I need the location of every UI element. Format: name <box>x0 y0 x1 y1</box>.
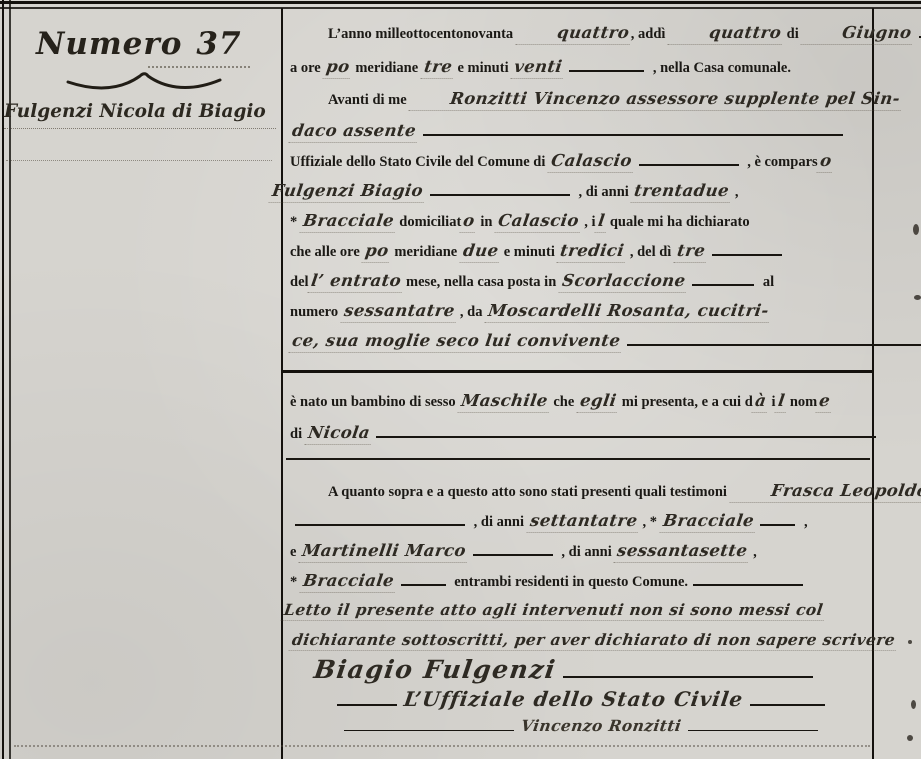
printed-text: e minuti <box>454 60 512 76</box>
act-line-witness-1: A quanto sopra e a questo atto sono stat… <box>290 482 872 503</box>
inked-line <box>760 513 795 526</box>
printed-text: , * <box>639 514 661 530</box>
handwritten-text: l <box>594 212 608 233</box>
handwritten-text: Letto il presente atto agli intervenuti … <box>281 601 827 621</box>
inked-line <box>627 333 921 346</box>
handwritten-text: daco assente <box>289 122 420 143</box>
handwritten-text: Scorlaccione <box>558 272 688 293</box>
printed-text: , da <box>456 304 486 320</box>
inked-line <box>337 691 397 706</box>
act-line-witness-1-cont: , di anni settantatre , * Bracciale , <box>290 512 872 533</box>
printed-text: , <box>731 184 738 200</box>
inked-line <box>563 660 813 678</box>
act-line-birth-time: che alle ore po meridiane due e minuti t… <box>290 242 872 263</box>
inked-line <box>639 153 739 166</box>
handwritten-text: l’ entrato <box>307 272 404 293</box>
act-line-official-cont: daco assente <box>290 122 872 143</box>
document-scan: Numero37 Fulgenzi Nicola di Biagio L’ann… <box>0 0 921 759</box>
act-line-comune: Uffiziale dello Stato Civile del Comune … <box>290 152 872 173</box>
printed-text: nom <box>786 394 817 410</box>
act-line-closing-1: Letto il presente atto agli intervenuti … <box>290 601 872 621</box>
act-line-birth-place: dell’ entrato mese, nella casa posta in … <box>290 272 872 293</box>
handwritten-text: l <box>774 392 788 413</box>
handwritten-text: settantatre <box>526 512 640 533</box>
handwritten-text: tre <box>673 242 708 263</box>
printed-text: mi presenta, e a cui d <box>618 394 753 410</box>
handwritten-text: Martinelli Marco <box>299 542 470 563</box>
handwritten-text: o <box>460 212 478 233</box>
scan-smudge <box>908 640 912 644</box>
handwritten-text: tre <box>420 58 455 79</box>
act-line-witness-2-cont: * Bracciale entrambi residenti in questo… <box>290 572 872 593</box>
margin-column-divider <box>281 8 283 759</box>
inked-line <box>692 273 754 286</box>
printed-text: Uffiziale dello Stato Civile del Comune … <box>290 154 549 170</box>
inked-line <box>750 691 825 706</box>
handwritten-text: sessantasette <box>614 542 751 563</box>
printed-text: , <box>800 514 807 530</box>
act-line-child-name: di Nicola <box>290 424 872 445</box>
handwritten-text: Frasca Leopoldo <box>729 482 921 503</box>
signature-official: Vincenzo Ronzitti <box>290 717 872 736</box>
inked-line <box>430 183 570 196</box>
printed-text: entrambi residenti in questo Comune. <box>451 574 688 590</box>
handwritten-text: po <box>362 242 392 263</box>
inked-line <box>473 543 553 556</box>
printed-text: e minuti <box>500 244 558 260</box>
printed-text: del <box>290 274 309 290</box>
handwritten-text: Calascio <box>547 152 635 173</box>
act-line-profession: * Bracciale domiciliato in Calascio , il… <box>290 212 872 233</box>
printed-text: A quanto sopra e a questo atto sono stat… <box>328 484 731 500</box>
inked-line <box>401 573 446 586</box>
printed-text: a ore <box>290 60 324 76</box>
act-line-child-sex: è nato un bambino di sesso Maschile che … <box>290 392 872 413</box>
printed-text: , del dì <box>626 244 675 260</box>
blank-ruled-line <box>286 458 870 460</box>
handwritten-text: quattro <box>515 24 632 45</box>
printed-text: di <box>783 26 802 42</box>
handwritten-text: Giugno <box>801 24 915 45</box>
handwritten-text: dichiarante sottoscritti, per aver dichi… <box>289 631 899 651</box>
act-line-year-date: L’anno milleottocentonovanta quattro, ad… <box>290 24 872 45</box>
inked-line <box>712 243 782 256</box>
printed-text: , è compars <box>744 154 818 170</box>
printed-text: al <box>759 274 774 290</box>
handwritten-text: à <box>751 392 769 413</box>
handwritten-text: Biagio Fulgenzi <box>310 656 560 686</box>
inked-line <box>376 425 876 438</box>
printed-text: che alle ore <box>290 244 363 260</box>
official-title-line: L’Uffiziale dello Stato Civile <box>290 688 872 712</box>
printed-text: meridiane <box>352 60 422 76</box>
act-line-hour-minutes: a ore po meridiane tre e minuti venti , … <box>290 58 872 79</box>
handwritten-text: quattro <box>668 24 785 45</box>
signature-declarant: Biagio Fulgenzi <box>290 656 894 686</box>
act-line-official-name: Avanti di me Ronzitti Vincenzo assessore… <box>290 90 872 111</box>
act-line-closing-2: dichiarante sottoscritti, per aver dichi… <box>290 631 872 651</box>
printed-text: , di anni <box>470 514 528 530</box>
printed-text: , di anni <box>558 544 616 560</box>
bottom-dotted-line <box>14 745 870 747</box>
handwritten-text: Bracciale <box>659 512 757 533</box>
printed-text: di <box>290 426 306 442</box>
printed-text: che <box>550 394 578 410</box>
handwritten-text: Calascio <box>495 212 583 233</box>
printed-text: , nella Casa comunale. <box>649 60 791 76</box>
printed-text: in <box>477 214 496 230</box>
printed-text: meridiane <box>391 244 461 260</box>
page-top-border <box>0 1 921 4</box>
margin-number-value: 37 <box>196 26 241 62</box>
handwritten-text: trentadue <box>631 182 733 203</box>
act-line-witness-2: e Martinelli Marco , di anni sessantaset… <box>290 542 872 563</box>
margin-registered-name: Fulgenzi Nicola di Biagio <box>4 101 276 129</box>
handwritten-text: Moscardelli Rosanta, cucitri- <box>485 302 772 323</box>
handwritten-text: e <box>816 392 834 413</box>
handwritten-text: Nicola <box>304 424 373 445</box>
margin-number-label: Numero <box>36 26 182 62</box>
printed-text: , <box>749 544 756 560</box>
printed-text: , addì <box>631 26 669 42</box>
handwritten-text: Maschile <box>458 392 551 413</box>
handwritten-text: ce, sua moglie seco lui convivente <box>289 332 624 353</box>
scan-smudge <box>911 700 916 709</box>
printed-text: , i <box>581 214 596 230</box>
scan-smudge <box>914 295 921 300</box>
handwritten-text: tredici <box>557 242 628 263</box>
act-line-house-mother: numero sessantatre , da Moscardelli Rosa… <box>290 302 872 323</box>
inked-line <box>295 513 465 526</box>
margin-number: Numero37 <box>36 26 266 62</box>
printed-text: L’anno milleottocentonovanta <box>328 26 517 42</box>
scan-smudge <box>907 735 913 741</box>
page-top-border-inner <box>0 7 921 9</box>
printed-text: mese, nella casa posta in <box>402 274 559 290</box>
handwritten-text: Bracciale <box>299 572 397 593</box>
handwritten-text: Fulgenzi Biagio <box>269 182 427 203</box>
handwritten-text: L’Uffiziale dello Stato Civile <box>400 688 746 712</box>
printed-text: Avanti di me <box>328 92 410 108</box>
inked-line <box>688 720 818 731</box>
section-rule <box>283 370 872 373</box>
inked-line <box>423 123 843 136</box>
scan-smudge <box>913 224 919 235</box>
handwritten-text: o <box>816 152 834 173</box>
inked-line <box>569 59 644 72</box>
handwritten-text: Bracciale <box>299 212 397 233</box>
printed-text: è nato un bambino di sesso <box>290 394 459 410</box>
handwritten-text: Ronzitti Vincenzo assessore supplente pe… <box>409 90 904 111</box>
inked-line <box>344 720 514 731</box>
handwritten-text: due <box>459 242 501 263</box>
handwritten-text: Vincenzo Ronzitti <box>518 717 685 736</box>
act-line-mother-cont: ce, sua moglie seco lui convivente <box>290 332 872 353</box>
margin-empty-dotted-line <box>6 160 272 161</box>
act-line-declarant-name: Fulgenzi Biagio , di anni trentadue , <box>290 182 872 203</box>
inked-line <box>693 573 803 586</box>
handwritten-text: sessantatre <box>340 302 458 323</box>
printed-text: quale mi ha dichiarato <box>606 214 749 230</box>
handwritten-text: po <box>323 58 353 79</box>
handwritten-text: egli <box>576 392 619 413</box>
printed-text: , di anni <box>575 184 633 200</box>
printed-text: numero <box>290 304 342 320</box>
flourish-swash <box>64 66 224 96</box>
handwritten-text: venti <box>511 58 566 79</box>
printed-text: domiciliat <box>396 214 462 230</box>
